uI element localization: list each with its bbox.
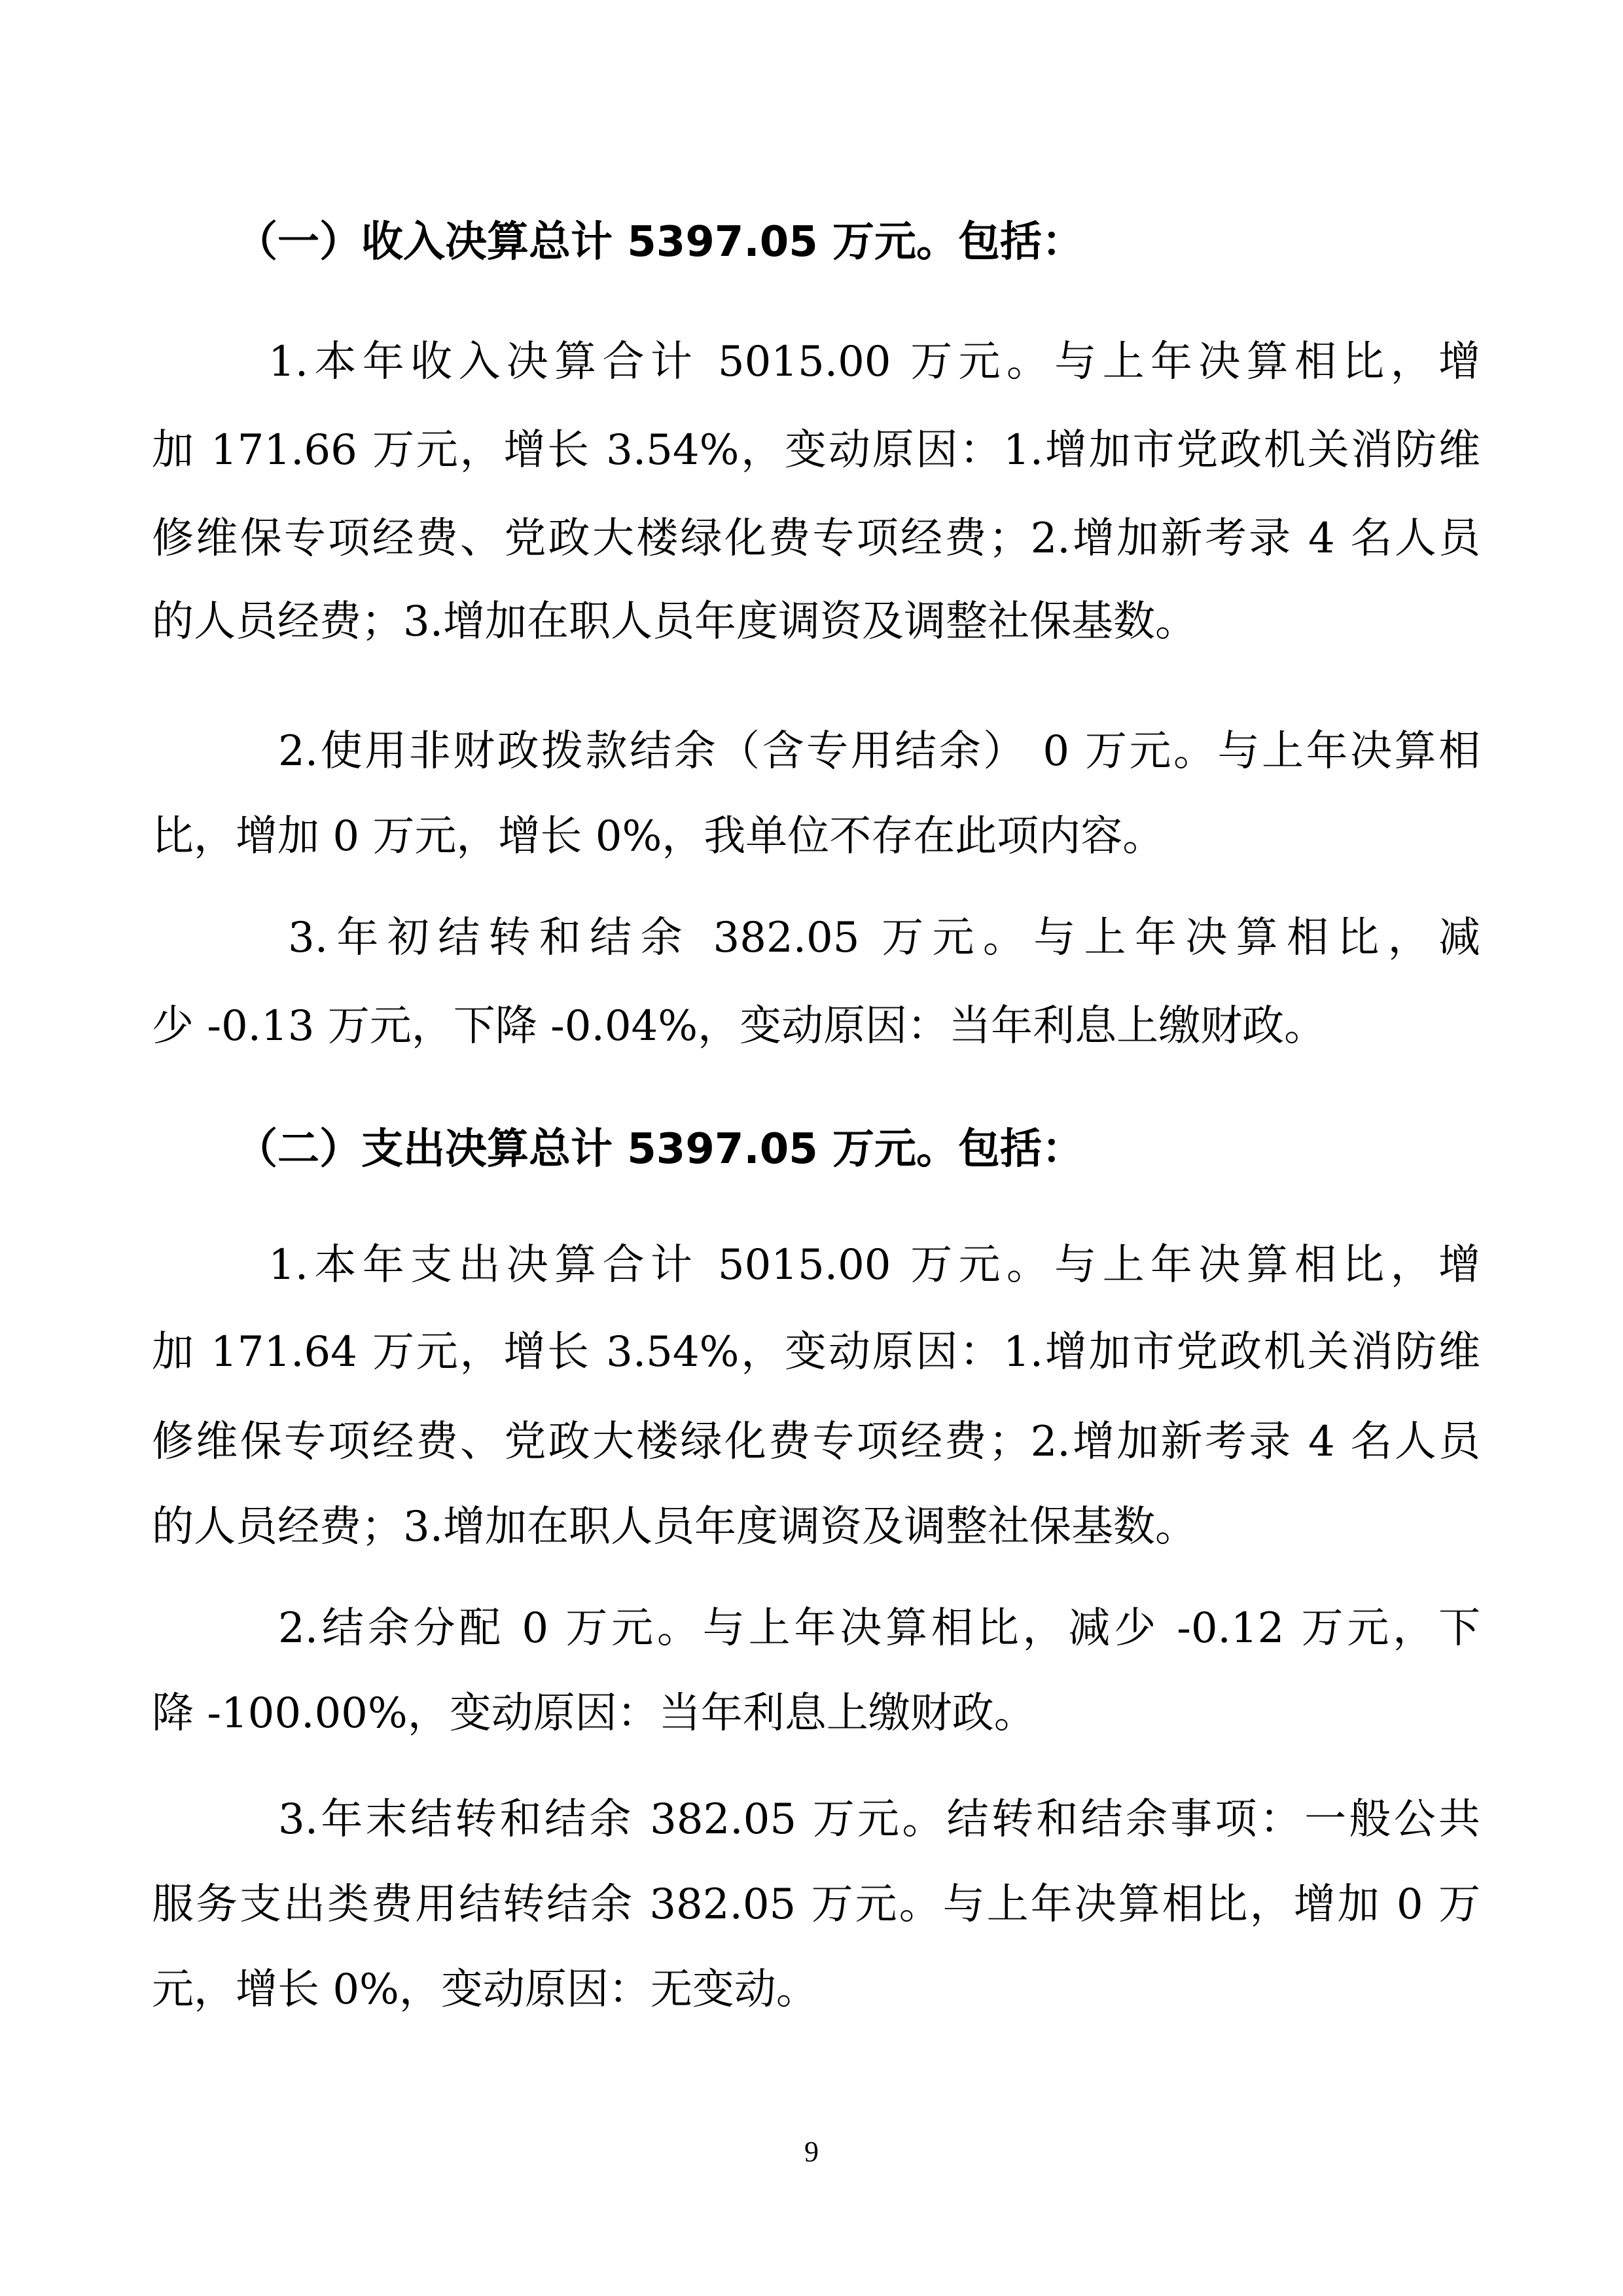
paragraph-line: 的人员经费；3.增加在职人员年度调资及调整社保基数。 xyxy=(152,1501,1480,1553)
page-number: 9 xyxy=(0,2135,1623,2168)
paragraph-line: 1.本年收入决算合计 5015.00 万元。与上年决算相比，增 xyxy=(268,336,1480,388)
paragraph-line: 1.本年支出决算合计 5015.00 万元。与上年决算相比，增 xyxy=(268,1239,1480,1291)
paragraph-line: 3.年初结转和结余 382.05 万元。与上年决算相比，减 xyxy=(288,912,1480,964)
paragraph-line: 3.年末结转和结余 382.05 万元。结转和结余事项：一般公共 xyxy=(278,1793,1480,1846)
paragraph-line: 降 -100.00%，变动原因：当年利息上缴财政。 xyxy=(152,1687,1480,1740)
paragraph-line: 修维保专项经费、党政大楼绿化费专项经费；2.增加新考录 4 名人员 xyxy=(152,1416,1480,1468)
paragraph-line: 修维保专项经费、党政大楼绿化费专项经费；2.增加新考录 4 名人员 xyxy=(152,512,1480,565)
paragraph-line: 2.结余分配 0 万元。与上年决算相比，减少 -0.12 万元，下 xyxy=(278,1602,1480,1655)
paragraph-line: 加 171.66 万元，增长 3.54%，变动原因：1.增加市党政机关消防维 xyxy=(152,424,1480,476)
paragraph-line: 元，增长 0%，变动原因：无变动。 xyxy=(152,1964,1480,2016)
paragraph-line: 比，增加 0 万元，增长 0%，我单位不存在此项内容。 xyxy=(152,810,1480,863)
paragraph-line: 加 171.64 万元，增长 3.54%，变动原因：1.增加市党政机关消防维 xyxy=(152,1326,1480,1378)
paragraph-line: 的人员经费；3.增加在职人员年度调资及调整社保基数。 xyxy=(152,596,1480,648)
section-heading-expenditure: （二）支出决算总计 5397.05 万元。包括： xyxy=(236,1123,1084,1175)
paragraph-line: 服务支出类费用结转结余 382.05 万元。与上年决算相比，增加 0 万 xyxy=(152,1878,1480,1931)
paragraph-line: 少 -0.13 万元，下降 -0.04%，变动原因：当年利息上缴财政。 xyxy=(152,1000,1480,1052)
paragraph-line: 2.使用非财政拨款结余（含专用结余） 0 万元。与上年决算相 xyxy=(278,725,1480,778)
section-heading-income: （一）收入决算总计 5397.05 万元。包括： xyxy=(236,216,1084,268)
